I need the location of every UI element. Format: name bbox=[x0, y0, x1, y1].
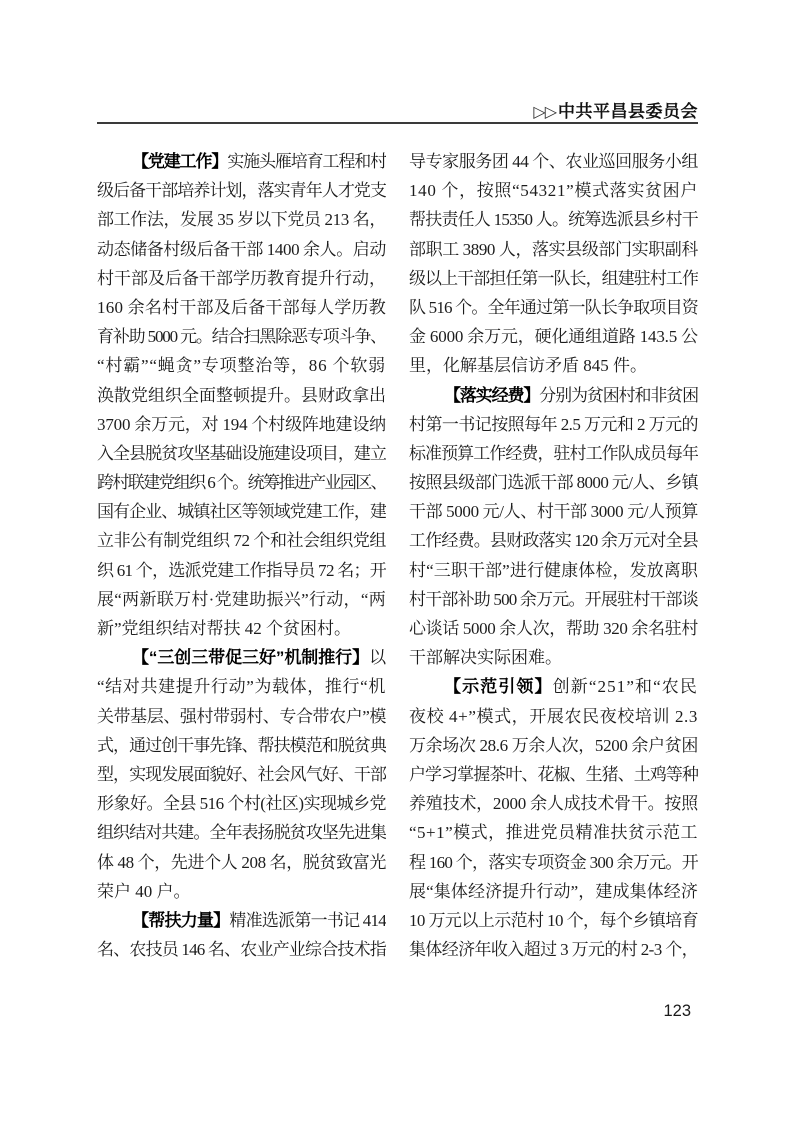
text-line: 【示范引领】创新“251”和“农民 bbox=[409, 672, 698, 701]
line-text: 村“三职干部”进行健康体检，发放离职 bbox=[409, 561, 698, 580]
text-line: 组织结对共建。全年表扬脱贫攻坚先进集 bbox=[97, 818, 386, 847]
text-line: 【落实经费】分别为贫困村和非贫困 bbox=[409, 381, 698, 410]
text-line: 动态储备村级后备干部 1400 余人。启动 bbox=[97, 235, 386, 264]
line-text: 名、农技员 146 名、农业产业综合技术指 bbox=[97, 940, 386, 959]
line-text: 集体经济年收入超过 3 万元的村 2-3 个， bbox=[409, 940, 698, 959]
line-text: 村第一书记按照每年 2.5 万元和 2 万元的 bbox=[409, 415, 698, 434]
text-line: 140 个，按照“54321”模式落实贫困户 bbox=[409, 176, 698, 205]
text-line: 【党建工作】实施头雁培育工程和村 bbox=[97, 147, 386, 176]
line-text: “5+1”模式，推进党员精准扶贫示范工 bbox=[409, 823, 698, 842]
document-page: { "header": { "marker": "▷▷", "title": "… bbox=[0, 0, 793, 1122]
line-text: 关带基层、强村带弱村、专合带农户”模 bbox=[97, 707, 386, 726]
text-line: 程 160 个，落实专项资金 300 余万元。开 bbox=[409, 848, 698, 877]
entry-heading: 【帮扶力量】 bbox=[132, 911, 229, 930]
line-text: “村霸”“蝇贪”专项整治等，86 个软弱 bbox=[97, 356, 386, 375]
line-text: 入全县脱贫攻坚基础设施建设项目，建立 bbox=[97, 444, 386, 463]
line-text: 织 61 个，选派党建工作指导员 72 名；开 bbox=[97, 561, 386, 580]
text-line: 部工作法，发展 35 岁以下党员 213 名， bbox=[97, 205, 386, 234]
line-text: 户学习掌握茶叶、花椒、生猪、土鸡等种 bbox=[409, 765, 698, 784]
text-line: 3700 余万元，对 194 个村级阵地建设纳 bbox=[97, 410, 386, 439]
text-line: 10 万元以上示范村 10 个，每个乡镇培育 bbox=[409, 906, 698, 935]
line-text: 荣户 40 户。 bbox=[97, 882, 191, 901]
text-line: 【帮扶力量】精准选派第一书记 414 bbox=[97, 906, 386, 935]
text-line: 集体经济年收入超过 3 万元的村 2-3 个， bbox=[409, 935, 698, 964]
line-text: 里，化解基层信访矛盾 845 件。 bbox=[409, 356, 647, 375]
line-text: 干部 5000 元/人、村干部 3000 元/人预算 bbox=[409, 502, 698, 521]
line-text: 标准预算工作经费，驻村工作队成员每年 bbox=[409, 444, 698, 463]
text-line: “5+1”模式，推进党员精准扶贫示范工 bbox=[409, 818, 698, 847]
text-area: 【党建工作】实施头雁培育工程和村级后备干部培养计划，落实青年人才党支部工作法，发… bbox=[97, 147, 698, 964]
text-line: 展“两新联万村·党建助振兴”行动，“两 bbox=[97, 585, 386, 614]
text-line: 级后备干部培养计划，落实青年人才党支 bbox=[97, 176, 386, 205]
line-text: 干部解决实际困难。 bbox=[409, 648, 562, 667]
page-header: ▷▷中共平昌县委员会 bbox=[533, 97, 698, 122]
text-line: 夜校 4+”模式，开展农民夜校培训 2.3 bbox=[409, 702, 698, 731]
line-text: 心谈话 5000 余人次，帮助 320 余名驻村 bbox=[409, 619, 698, 638]
text-line: 型，实现发展面貌好、社会风气好、干部 bbox=[97, 760, 386, 789]
line-text: 以 bbox=[369, 648, 386, 667]
text-line: 干部解决实际困难。 bbox=[409, 643, 698, 672]
line-text: 新”党组织结对帮扶 42 个贫困村。 bbox=[97, 619, 351, 638]
entry-heading: 【示范引领】 bbox=[444, 677, 553, 696]
line-text: 育补助 5000 元。结合扫黑除恶专项斗争、 bbox=[97, 327, 386, 346]
line-text: 体 48 个，先进个人 208 名，脱贫致富光 bbox=[97, 853, 386, 872]
line-text: 实施头雁培育工程和村 bbox=[227, 152, 386, 171]
text-line: 式，通过创干事先锋、帮扶模范和脱贫典 bbox=[97, 731, 386, 760]
text-line: 【“三创三带促三好”机制推行】以 bbox=[97, 643, 386, 672]
text-line: 展“集体经济提升行动”，建成集体经济 bbox=[409, 877, 698, 906]
line-text: 养殖技术，2000 余人成技术骨干。按照 bbox=[409, 794, 698, 813]
text-line: 跨村联建党组织 6 个。统筹推进产业园区、 bbox=[97, 468, 386, 497]
entry-heading: 【党建工作】 bbox=[132, 152, 227, 171]
entry-heading: 【“三创三带促三好”机制推行】 bbox=[132, 648, 369, 667]
line-text: 村干部及后备干部学历教育提升行动， bbox=[97, 269, 386, 288]
line-text: 动态储备村级后备干部 1400 余人。启动 bbox=[97, 240, 386, 259]
text-line: “村霸”“蝇贪”专项整治等，86 个软弱 bbox=[97, 351, 386, 380]
header-arrows-icon: ▷▷ bbox=[533, 104, 556, 121]
header-rule bbox=[97, 122, 698, 124]
line-text: 3700 余万元，对 194 个村级阵地建设纳 bbox=[97, 415, 386, 434]
text-column-right: 导专家服务团 44 个、农业巡回服务小组140 个，按照“54321”模式落实贫… bbox=[409, 147, 698, 964]
line-text: 精准选派第一书记 414 bbox=[229, 911, 386, 930]
line-text: 形象好。全县 516 个村(社区)实现城乡党 bbox=[97, 794, 386, 813]
line-text: 村干部补助 500 余万元。开展驻村干部谈 bbox=[409, 590, 698, 609]
text-line: 按照县级部门选派干部 8000 元/人、乡镇 bbox=[409, 468, 698, 497]
line-text: 10 万元以上示范村 10 个，每个乡镇培育 bbox=[409, 911, 698, 930]
text-line: 国有企业、城镇社区等领域党建工作，建 bbox=[97, 497, 386, 526]
line-text: 部职工 3890 人，落实县级部门实职副科 bbox=[409, 240, 698, 259]
text-line: 工作经费。县财政落实 120 余万元对全县 bbox=[409, 526, 698, 555]
text-line: 160 余名村干部及后备干部每人学历教 bbox=[97, 293, 386, 322]
line-text: 140 个，按照“54321”模式落实贫困户 bbox=[409, 181, 698, 200]
line-text: 万余场次 28.6 万余人次，5200 余户贫困 bbox=[409, 736, 698, 755]
line-text: 型，实现发展面貌好、社会风气好、干部 bbox=[97, 765, 386, 784]
line-text: “结对共建提升行动”为载体，推行“机 bbox=[97, 677, 386, 696]
text-line: 新”党组织结对帮扶 42 个贫困村。 bbox=[97, 614, 386, 643]
text-line: 部职工 3890 人，落实县级部门实职副科 bbox=[409, 235, 698, 264]
line-text: 展“两新联万村·党建助振兴”行动，“两 bbox=[97, 590, 386, 609]
line-text: 级后备干部培养计划，落实青年人才党支 bbox=[97, 181, 386, 200]
text-line: 队 516 个。全年通过第一队长争取项目资 bbox=[409, 293, 698, 322]
line-text: 部工作法，发展 35 岁以下党员 213 名， bbox=[97, 210, 386, 229]
text-line: 入全县脱贫攻坚基础设施建设项目，建立 bbox=[97, 439, 386, 468]
text-line: 关带基层、强村带弱村、专合带农户”模 bbox=[97, 702, 386, 731]
text-line: 帮扶责任人 15350 人。统筹选派县乡村干 bbox=[409, 205, 698, 234]
line-text: 立非公有制党组织 72 个和社会组织党组 bbox=[97, 531, 386, 550]
text-line: 金 6000 余万元，硬化通组道路 143.5 公 bbox=[409, 322, 698, 351]
text-line: 织 61 个，选派党建工作指导员 72 名；开 bbox=[97, 556, 386, 585]
line-text: 夜校 4+”模式，开展农民夜校培训 2.3 bbox=[409, 707, 698, 726]
text-line: 村“三职干部”进行健康体检，发放离职 bbox=[409, 556, 698, 585]
text-line: 村干部及后备干部学历教育提升行动， bbox=[97, 264, 386, 293]
line-text: 跨村联建党组织 6 个。统筹推进产业园区、 bbox=[97, 473, 386, 492]
text-column-left: 【党建工作】实施头雁培育工程和村级后备干部培养计划，落实青年人才党支部工作法，发… bbox=[97, 147, 386, 964]
header-title: 中共平昌县委员会 bbox=[558, 102, 698, 121]
line-text: 导专家服务团 44 个、农业巡回服务小组 bbox=[409, 152, 698, 171]
text-line: 荣户 40 户。 bbox=[97, 877, 386, 906]
line-text: 分别为贫困村和非贫困 bbox=[539, 386, 698, 405]
text-line: “结对共建提升行动”为载体，推行“机 bbox=[97, 672, 386, 701]
line-text: 级以上干部担任第一队长，组建驻村工作 bbox=[409, 269, 698, 288]
line-text: 工作经费。县财政落实 120 余万元对全县 bbox=[409, 531, 698, 550]
text-line: 心谈话 5000 余人次，帮助 320 余名驻村 bbox=[409, 614, 698, 643]
text-line: 干部 5000 元/人、村干部 3000 元/人预算 bbox=[409, 497, 698, 526]
text-line: 育补助 5000 元。结合扫黑除恶专项斗争、 bbox=[97, 322, 386, 351]
text-line: 体 48 个，先进个人 208 名，脱贫致富光 bbox=[97, 848, 386, 877]
text-line: 形象好。全县 516 个村(社区)实现城乡党 bbox=[97, 789, 386, 818]
text-line: 级以上干部担任第一队长，组建驻村工作 bbox=[409, 264, 698, 293]
line-text: 式，通过创干事先锋、帮扶模范和脱贫典 bbox=[97, 736, 386, 755]
text-line: 里，化解基层信访矛盾 845 件。 bbox=[409, 351, 698, 380]
line-text: 程 160 个，落实专项资金 300 余万元。开 bbox=[409, 853, 698, 872]
entry-heading: 【落实经费】 bbox=[444, 386, 539, 405]
page-number: 123 bbox=[663, 1002, 691, 1021]
line-text: 金 6000 余万元，硬化通组道路 143.5 公 bbox=[409, 327, 698, 346]
text-line: 标准预算工作经费，驻村工作队成员每年 bbox=[409, 439, 698, 468]
line-text: 国有企业、城镇社区等领域党建工作，建 bbox=[97, 502, 386, 521]
text-line: 村干部补助 500 余万元。开展驻村干部谈 bbox=[409, 585, 698, 614]
text-line: 涣散党组织全面整顿提升。县财政拿出 bbox=[97, 381, 386, 410]
line-text: 组织结对共建。全年表扬脱贫攻坚先进集 bbox=[97, 823, 386, 842]
text-line: 导专家服务团 44 个、农业巡回服务小组 bbox=[409, 147, 698, 176]
line-text: 展“集体经济提升行动”，建成集体经济 bbox=[409, 882, 698, 901]
line-text: 帮扶责任人 15350 人。统筹选派县乡村干 bbox=[409, 210, 698, 229]
text-line: 户学习掌握茶叶、花椒、生猪、土鸡等种 bbox=[409, 760, 698, 789]
line-text: 队 516 个。全年通过第一队长争取项目资 bbox=[409, 298, 698, 317]
text-line: 村第一书记按照每年 2.5 万元和 2 万元的 bbox=[409, 410, 698, 439]
line-text: 创新“251”和“农民 bbox=[553, 677, 698, 696]
text-line: 养殖技术，2000 余人成技术骨干。按照 bbox=[409, 789, 698, 818]
line-text: 涣散党组织全面整顿提升。县财政拿出 bbox=[97, 386, 386, 405]
line-text: 按照县级部门选派干部 8000 元/人、乡镇 bbox=[409, 473, 698, 492]
text-line: 万余场次 28.6 万余人次，5200 余户贫困 bbox=[409, 731, 698, 760]
line-text: 160 余名村干部及后备干部每人学历教 bbox=[97, 298, 386, 317]
text-line: 名、农技员 146 名、农业产业综合技术指 bbox=[97, 935, 386, 964]
text-line: 立非公有制党组织 72 个和社会组织党组 bbox=[97, 526, 386, 555]
